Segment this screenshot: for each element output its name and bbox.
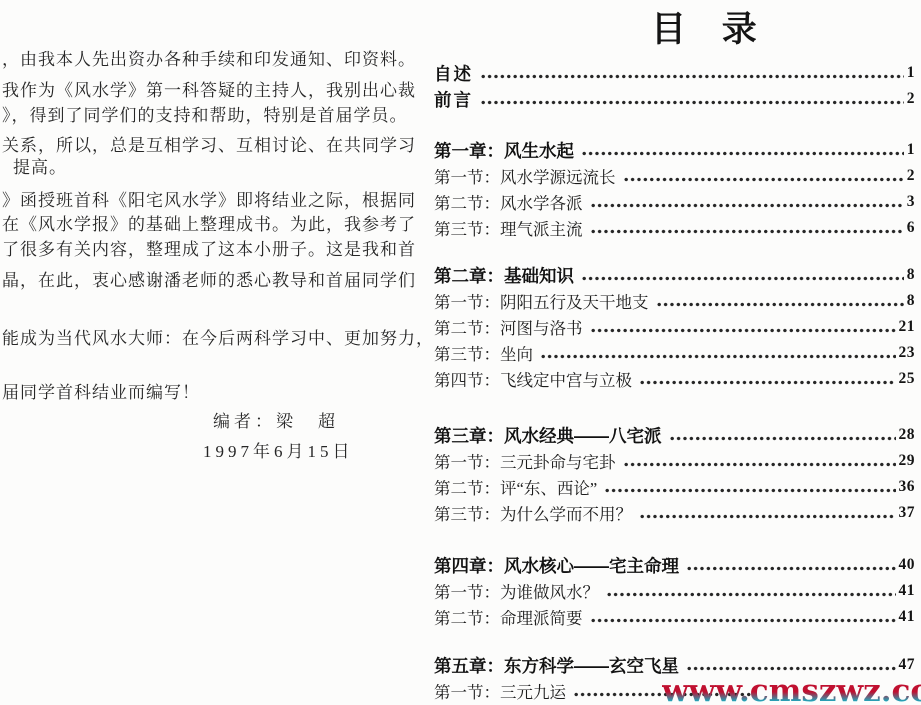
toc-entry-page: 21 [899,318,916,336]
preface-line: 我作为《风水学》第一科答疑的主持人，我别出心裁 [2,76,416,101]
toc-group-chapter-4: 第四章：风水核心——宅主命理 40 第一节：为谁做风水？ 41 第二节：命理派简… [434,552,915,630]
toc-entry: 第二节：风水学各派 3 [434,189,915,215]
toc-entry-page: 6 [907,219,915,237]
toc-entry-page: 28 [899,426,916,444]
toc-entry: 第三节：坐向 23 [434,340,915,366]
dotted-leader [656,301,904,308]
toc-entry-label: 第一节：三元九运 [434,679,566,703]
toc-group-chapter-3: 第三章：风水经典——八宅派 28 第一节：三元卦命与宅卦 29 第二节：评“东、… [434,422,915,526]
dotted-leader [590,228,904,235]
toc-entry-page: 41 [899,608,916,626]
toc-entry-label: 第一节：三元卦命与宅卦 [434,449,616,473]
dotted-leader [604,487,895,494]
preface-line: ，由我本人先出资办各种手续和印发通知、印资料。 [2,45,416,70]
toc-entry: 第三节：理气派主流 6 [434,215,915,241]
toc-entry-page: 41 [899,582,916,600]
toc-entry-page: 36 [899,478,916,496]
dotted-leader [639,379,896,386]
toc-entry-label: 第四章：风水核心——宅主命理 [434,553,679,578]
toc-entry-page: 40 [899,556,916,574]
toc-entry: 第二节：河图与洛书 21 [434,314,915,340]
dotted-leader [480,73,904,80]
toc-entry: 第三节：为什么学而不用？ 37 [434,500,915,526]
toc-entry-page: 1 [907,141,915,159]
dotted-leader [581,275,904,282]
preface-text-column: ，由我本人先出资办各种手续和印发通知、印资料。 我作为《风水学》第一科答疑的主持… [0,0,410,705]
dotted-leader [590,327,896,334]
preface-line: 晶，在此，衷心感谢潘老师的悉心教导和首届同学们 [2,266,416,291]
preface-line: 届同学首科结业而编写！ [2,378,200,403]
dotted-leader [686,665,896,672]
toc-entry-page: 23 [899,344,916,362]
dotted-leader [480,99,904,106]
toc-entry-label: 第五章：东方科学——玄空飞星 [434,653,679,678]
toc-entry-page: 37 [899,504,916,522]
scanned-book-page: ，由我本人先出资办各种手续和印发通知、印资料。 我作为《风水学》第一科答疑的主持… [0,0,921,705]
dotted-leader [540,353,896,360]
dotted-leader [590,202,904,209]
toc-entry: 第一节：风水学源远流长 2 [434,163,915,189]
toc-title: 目 录 [651,2,770,52]
preface-line: 了很多有关内容，整理成了这本小册子。这是我和首 [2,235,416,260]
toc-entry-label: 第四节：飞线定中宫与立极 [434,367,632,391]
toc-entry-label: 第二节：命理派简要 [434,605,583,629]
toc-group-front: 自述 1 前言 2 [434,60,915,112]
dotted-leader [623,176,904,183]
dotted-leader [623,461,896,468]
preface-line: 能成为当代风水大师：在今后两科学习中、更加努力， [2,324,434,349]
toc-entry: 第二节：命理派简要 41 [434,604,915,630]
toc-entry-label: 第二节：河图与洛书 [434,315,583,339]
dotted-leader [686,565,896,572]
toc-entry-page: 2 [907,90,915,108]
toc-entry-page: 47 [899,656,916,674]
toc-entry-label: 第二节：评“东、西论” [434,475,597,499]
toc-entry: 前言 2 [434,86,915,112]
toc-entry-label: 第一节：阴阳五行及天干地支 [434,289,649,313]
toc-entry: 第四节：飞线定中宫与立极 25 [434,366,915,392]
toc-entry-label: 第二节：风水学各派 [434,190,583,214]
dotted-leader [606,591,896,598]
toc-entry-page: 8 [907,292,915,310]
toc-entry-label: 第一章：风生水起 [434,138,574,163]
toc-entry-page: 8 [907,266,915,284]
toc-entry-page: 29 [899,452,916,470]
toc-entry-label: 自述 [434,61,473,86]
dotted-leader [590,617,896,624]
toc-entry-label: 第一节：为谁做风水？ [434,579,599,603]
toc-entry: 第二节：评“东、西论” 36 [434,474,915,500]
toc-entry: 第一章：风生水起 1 [434,137,915,163]
dotted-leader [581,150,904,157]
toc-group-chapter-2: 第二章：基础知识 8 第一节：阴阳五行及天干地支 8 第二节：河图与洛书 21 … [434,262,915,392]
dotted-leader [639,513,896,520]
toc-entry-label: 第三节：理气派主流 [434,216,583,240]
toc-entry: 第一节：三元卦命与宅卦 29 [434,448,915,474]
toc-entry-page: 2 [907,167,915,185]
edition-date: 1997年6月15日 [203,437,354,462]
toc-entry-label: 第三节：坐向 [434,341,533,365]
toc-entry: 第四章：风水核心——宅主命理 40 [434,552,915,578]
dotted-leader [669,435,896,442]
toc-entry-page: 1 [907,64,915,82]
toc-entry-label: 第二章：基础知识 [434,263,574,288]
toc-entry-page: 25 [899,370,916,388]
preface-line: 在《风水学报》的基础上整理成书。为此，我参考了 [2,210,416,235]
toc-entry-page: 3 [907,193,915,211]
toc-entry-label: 前言 [434,87,473,112]
preface-line: 》函授班首科《阳宅风水学》即将结业之际，根据同 [2,186,416,211]
preface-line: 》，得到了同学们的支持和帮助，特别是首届学员。 [2,101,408,126]
toc-entry: 第一节：阴阳五行及天干地支 8 [434,288,915,314]
toc-group-chapter-1: 第一章：风生水起 1 第一节：风水学源远流长 2 第二节：风水学各派 3 第三节… [434,137,915,241]
toc-entry-label: 第三节：为什么学而不用？ [434,501,632,525]
toc-entry-label: 第三章：风水经典——八宅派 [434,423,662,448]
toc-entry: 第一节：为谁做风水？ 41 [434,578,915,604]
toc-entry: 第二章：基础知识 8 [434,262,915,288]
toc-entry-label: 第一节：风水学源远流长 [434,164,616,188]
preface-line: 提高。 [13,153,67,178]
watermark-url: www.cmszwz.com [662,673,921,705]
author-signature: 编者：梁 超 [213,407,339,432]
toc-entry: 自述 1 [434,60,915,86]
toc-entry: 第三章：风水经典——八宅派 28 [434,422,915,448]
